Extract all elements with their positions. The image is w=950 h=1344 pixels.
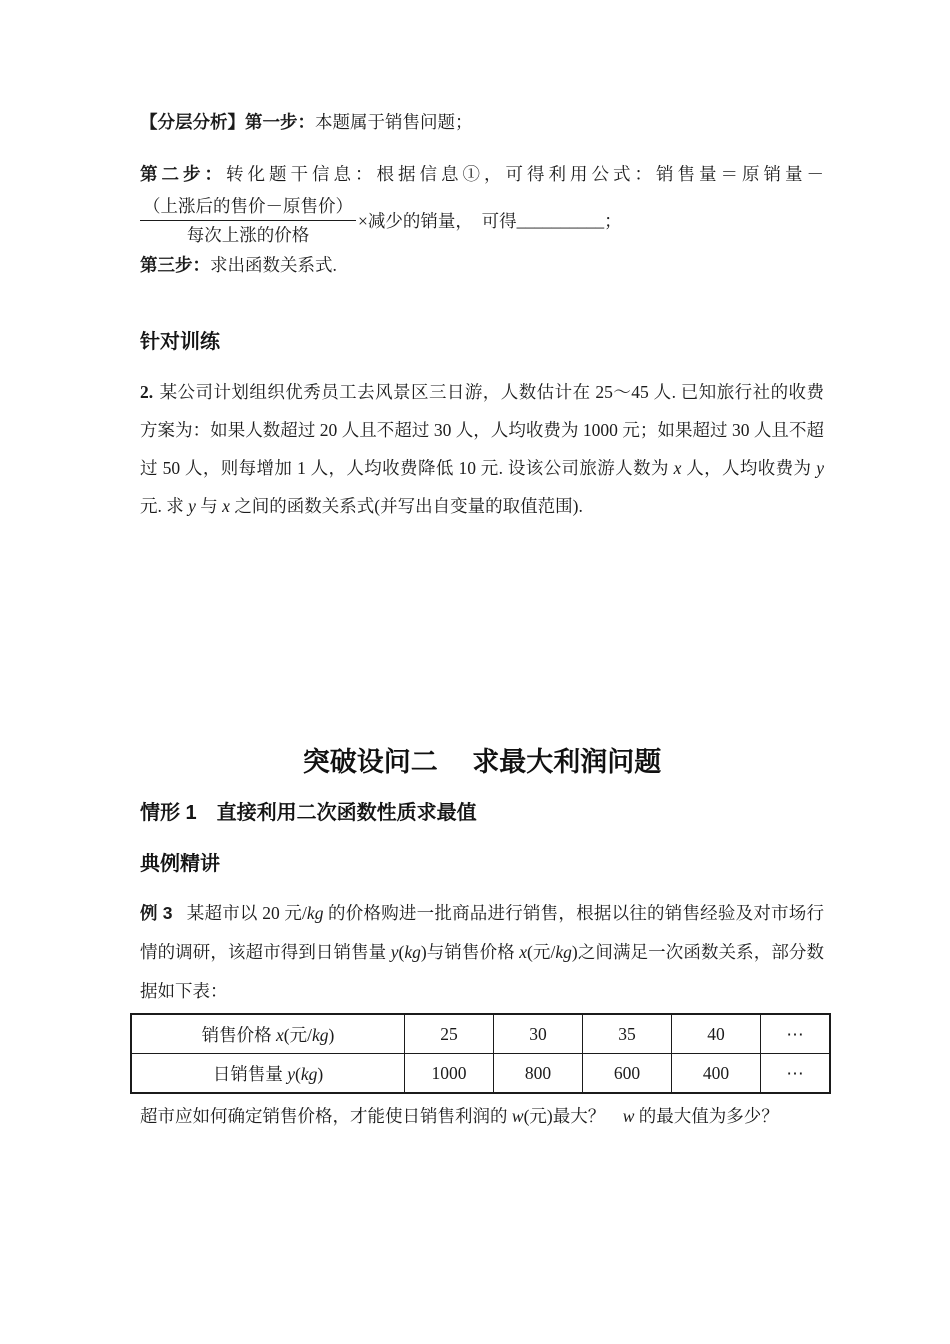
example-label: 例 3 <box>140 903 173 923</box>
analysis-step1-line: 【分层分析】第一步：本题属于销售问题； <box>140 112 824 132</box>
sales-value-4: 400 <box>672 1054 761 1094</box>
price-value-1: 25 <box>405 1014 494 1054</box>
analysis-step2-line: 第二步：转化题干信息：根据信息①，可得利用公式：销售量＝原销量－ <box>140 164 824 184</box>
price-value-2: 30 <box>494 1014 583 1054</box>
training-heading: 针对训练 <box>140 330 824 355</box>
data-table: 销售价格 x(元/kg) 25 30 35 40 ⋯ 日销售量 y(kg) 10… <box>130 1013 831 1094</box>
page-content: 【分层分析】第一步：本题属于销售问题； 第二步：转化题干信息：根据信息①，可得利… <box>140 112 824 1128</box>
price-value-ellipsis: ⋯ <box>761 1014 831 1054</box>
price-value-3: 35 <box>583 1014 672 1054</box>
lecture-heading: 典例精讲 <box>140 852 824 877</box>
problem-text: 某公司计划组织优秀员工去风景区三日游，人数估计在 25～45 人. 已知旅行社的… <box>140 382 824 516</box>
training-problem: 2.某公司计划组织优秀员工去风景区三日游，人数估计在 25～45 人. 已知旅行… <box>140 373 824 525</box>
analysis-step3-line: 第三步：求出函数关系式. <box>140 255 824 275</box>
example-text: 某超市以 20 元/kg 的价格购进一批商品进行销售，根据以往的销售经验及对市场… <box>140 903 824 1001</box>
price-value-4: 40 <box>672 1014 761 1054</box>
sales-value-1: 1000 <box>405 1054 494 1094</box>
example-problem: 例 3某超市以 20 元/kg 的价格购进一批商品进行销售，根据以往的销售经验及… <box>140 894 824 1011</box>
document-page: 【分层分析】第一步：本题属于销售问题； 第二步：转化题干信息：根据信息①，可得利… <box>0 0 950 1344</box>
step1-label: 第一步： <box>245 112 315 132</box>
step3-text: 求出函数关系式. <box>210 255 337 275</box>
step2-label: 第二步： <box>140 164 226 184</box>
fill-in-blank: __________ <box>517 210 605 231</box>
fraction-denominator: 每次上涨的价格 <box>140 221 356 245</box>
analysis-formula-line: （上涨后的售价－原售价） 每次上涨的价格 ×减少的销量， 可得_________… <box>140 194 824 246</box>
problem-number: 2. <box>140 382 153 402</box>
example-question: 超市应如何确定销售价格，才能使日销售利润的 w(元)最大？ w 的最大值为多少？ <box>140 1104 824 1128</box>
step2-text: 转化题干信息：根据信息①，可得利用公式：销售量＝原销量－ <box>226 164 824 184</box>
after-blank-punct: ； <box>604 208 622 233</box>
sales-value-2: 800 <box>494 1054 583 1094</box>
case-heading: 情形 1 直接利用二次函数性质求最值 <box>140 800 824 826</box>
step1-text: 本题属于销售问题； <box>315 112 473 132</box>
table-row-sales: 日销售量 y(kg) 1000 800 600 400 ⋯ <box>131 1054 830 1094</box>
sales-value-ellipsis: ⋯ <box>761 1054 831 1094</box>
after-fraction-text: ×减少的销量， 可得 <box>358 208 517 233</box>
section-title: 突破设问二 求最大利润问题 <box>140 745 824 779</box>
sales-value-3: 600 <box>583 1054 672 1094</box>
step3-label: 第三步： <box>140 255 210 275</box>
table-row-price: 销售价格 x(元/kg) 25 30 35 40 ⋯ <box>131 1014 830 1054</box>
fraction: （上涨后的售价－原售价） 每次上涨的价格 <box>140 196 356 245</box>
row-header-sales: 日销售量 y(kg) <box>131 1054 405 1094</box>
analysis-label: 【分层分析】 <box>140 112 245 132</box>
fraction-numerator: （上涨后的售价－原售价） <box>140 196 356 221</box>
row-header-price: 销售价格 x(元/kg) <box>131 1014 405 1054</box>
